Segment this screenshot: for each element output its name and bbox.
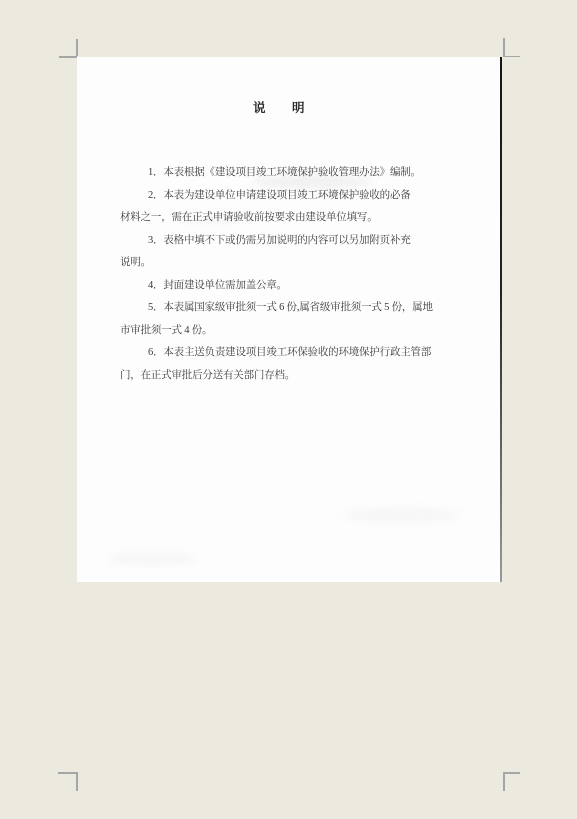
crop-mark-line xyxy=(76,772,78,791)
crop-mark-line xyxy=(503,772,505,791)
scan-smudge xyxy=(342,507,462,523)
note-item-5: 5．本表属国家级审批须一式 6 份,属省级审批须一式 5 份，属地 市审批须一式… xyxy=(120,297,500,342)
crop-mark-line xyxy=(503,772,520,774)
document-page: 说 明 1．本表根据《建设项目竣工环境保护验收管理办法》编制。 2．本表为建设单… xyxy=(77,57,501,582)
notes-body: 1．本表根据《建设项目竣工环境保护验收管理办法》编制。 2．本表为建设单位申请建… xyxy=(120,162,500,387)
scan-smudge xyxy=(107,552,197,566)
note-item-3: 3．表格中填不下或仍需另加说明的内容可以另加附页补充 说明。 xyxy=(120,230,500,275)
note-item-1: 1．本表根据《建设项目竣工环境保护验收管理办法》编制。 xyxy=(120,162,500,185)
crop-mark-line xyxy=(503,38,505,56)
note-item-6: 6．本表主送负责建设项目竣工环保验收的环境保护行政主管部 门，在正式审批后分送有… xyxy=(120,342,500,387)
note-item-4: 4．封面建设单位需加盖公章。 xyxy=(120,275,500,298)
crop-mark-line xyxy=(58,772,77,774)
page-title: 说 明 xyxy=(120,98,438,114)
crop-mark-line xyxy=(59,56,77,58)
crop-mark-line xyxy=(503,56,520,58)
note-item-2: 2．本表为建设单位申请建设项目竣工环境保护验收的必备 材料之一，需在正式申请验收… xyxy=(120,185,500,230)
crop-mark-line xyxy=(76,39,78,56)
scanned-document-canvas: 说 明 1．本表根据《建设项目竣工环境保护验收管理办法》编制。 2．本表为建设单… xyxy=(0,0,577,819)
